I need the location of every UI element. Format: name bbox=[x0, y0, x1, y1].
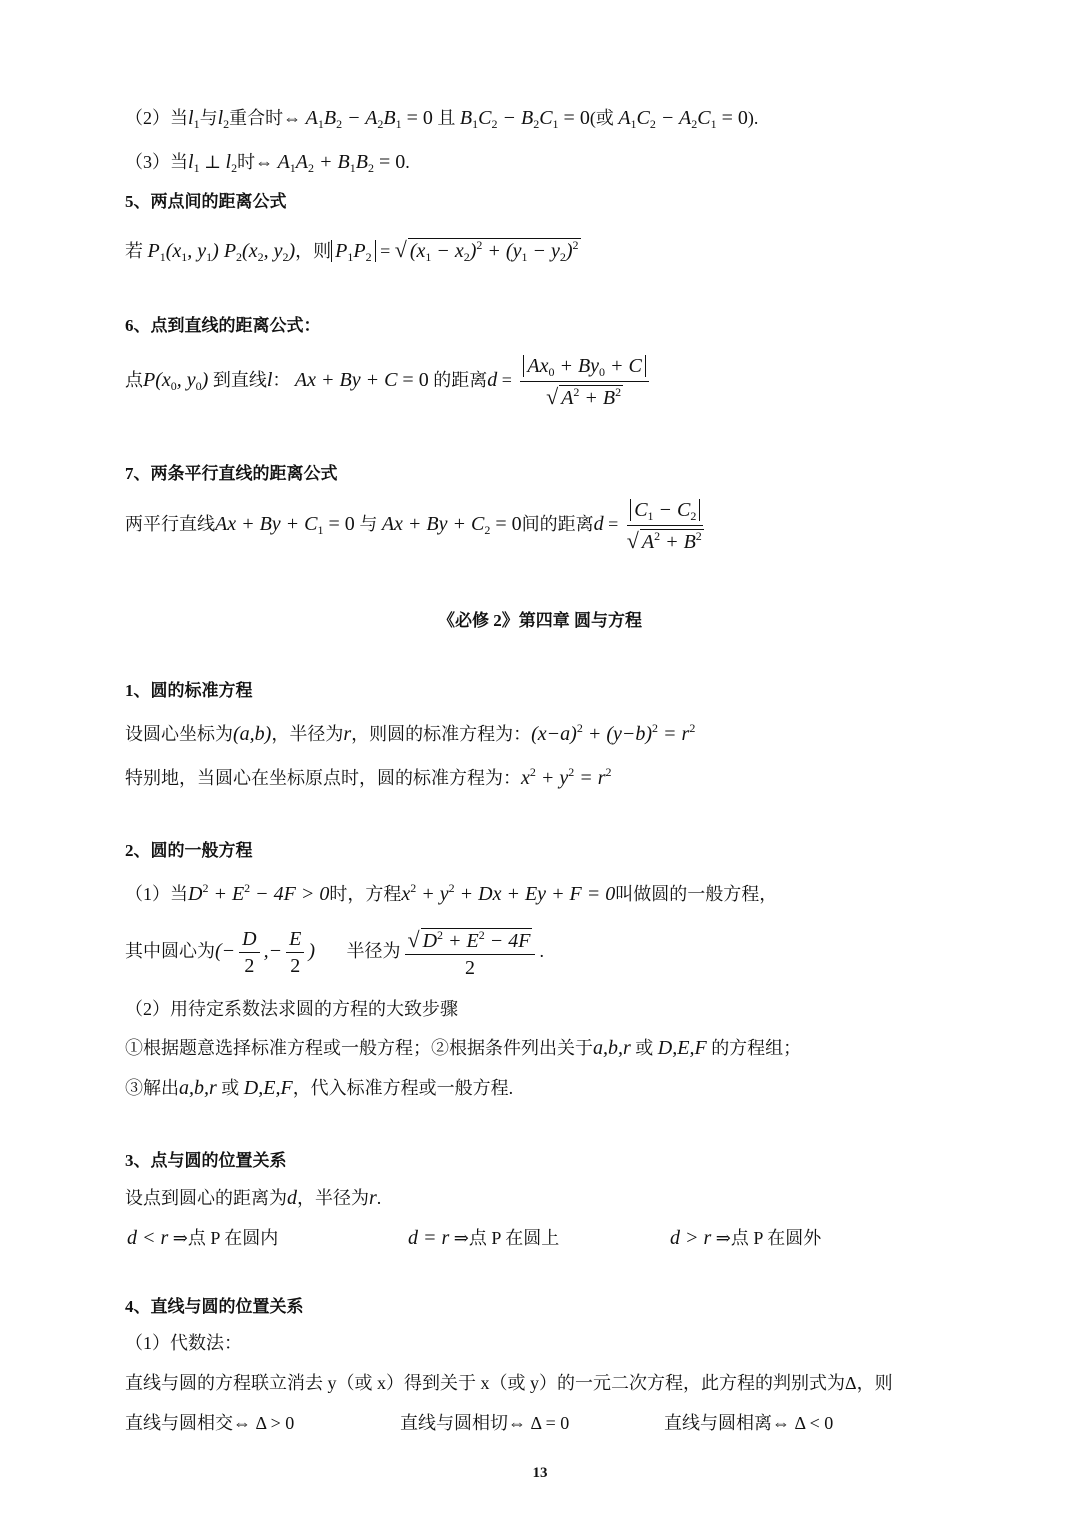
text: ①根据题意选择标准方程或一般方程；②根据条件列出关于 bbox=[125, 1038, 593, 1058]
text: 时，方程 bbox=[329, 884, 401, 904]
section-heading-5: 5、两点间的距离公式 bbox=[125, 193, 287, 210]
parallel-line-distance-formula: 两平行直线Ax + By + C1 = 0 与 Ax + By + C2 = 0… bbox=[125, 500, 708, 552]
text: ③解出 bbox=[125, 1078, 179, 1098]
text: （1）当 bbox=[125, 884, 188, 904]
standard-equation: 设圆心坐标为(a,b)，半径为r，则圆的标准方程为：(x−a)2 + (y−b)… bbox=[125, 722, 695, 744]
text: 两平行直线 bbox=[125, 514, 215, 534]
steps-3: ③解出a,b,r 或 D,E,F，代入标准方程或一般方程. bbox=[125, 1078, 513, 1098]
text: ，则 bbox=[295, 241, 331, 261]
text: ，则圆的标准方程为： bbox=[351, 724, 531, 744]
text: 的距离 bbox=[433, 370, 487, 390]
general-equation: （1）当D2 + E2 − 4F > 0时，方程x2 + y2 + Dx + E… bbox=[125, 882, 777, 904]
text: ⇒点 P 在圆外 bbox=[716, 1228, 821, 1248]
point-inside: d < r ⇒点 P 在圆内 bbox=[127, 1228, 278, 1248]
chapter-title: 《必修 2》第四章 圆与方程 bbox=[0, 612, 1080, 629]
point-line-distance-formula: 点P(x0, y0) 到直线l： Ax + By + C = 0 的距离d = … bbox=[125, 356, 653, 408]
point-circle-setup: 设点到圆心的距离为d，半径为r. bbox=[125, 1188, 381, 1208]
page-number: 13 bbox=[0, 1466, 1080, 1481]
point-outside: d > r ⇒点 P 在圆外 bbox=[670, 1228, 821, 1248]
algebraic-method: （1）代数法： bbox=[125, 1334, 242, 1352]
steps-1-2: ①根据题意选择标准方程或一般方程；②根据条件列出关于a,b,r 或 D,E,F … bbox=[125, 1038, 801, 1058]
text: 设圆心坐标为 bbox=[125, 724, 233, 744]
origin-standard-equation: 特别地，当圆心在坐标原点时，圆的标准方程为：x2 + y2 = r2 bbox=[125, 766, 612, 788]
section-heading-6: 6、点到直线的距离公式： bbox=[125, 317, 321, 334]
text: ： bbox=[272, 370, 290, 390]
text: 或 bbox=[635, 1038, 653, 1058]
line-intersect: 直线与圆相交⇔ Δ > 0 bbox=[125, 1414, 294, 1432]
circle-heading-2: 2、圆的一般方程 bbox=[125, 842, 253, 859]
text: 间的距离 bbox=[522, 514, 594, 534]
undetermined-coefficients-title: （2）用待定系数法求圆的方程的大致步骤 bbox=[125, 1000, 458, 1018]
text: 到直线 bbox=[213, 370, 267, 390]
condition-perpendicular: （3）当l1 ⊥ l2时⇔ A1A2 + B1B2 = 0. bbox=[125, 152, 410, 174]
text: 的方程组； bbox=[711, 1038, 801, 1058]
text: 点 bbox=[125, 370, 143, 390]
text: 其中圆心为 bbox=[125, 941, 215, 961]
text: ⇒点 P 在圆上 bbox=[454, 1228, 559, 1248]
text: 若 bbox=[125, 241, 143, 261]
text: 特别地，当圆心在坐标原点时，圆的标准方程为： bbox=[125, 768, 521, 788]
text: 或 bbox=[221, 1078, 239, 1098]
circle-heading-4: 4、直线与圆的位置关系 bbox=[125, 1298, 304, 1315]
text: ，半径为 bbox=[297, 1188, 369, 1208]
text: ⇒点 P 在圆内 bbox=[173, 1228, 278, 1248]
section-heading-7: 7、两条平行直线的距离公式 bbox=[125, 465, 338, 482]
text: 半径为 bbox=[347, 941, 401, 961]
condition-coincide: （2）当l1与l2重合时⇔ A1B2 − A2B1 = 0 且 B1C2 − B… bbox=[125, 108, 758, 130]
line-separate: 直线与圆相离⇔ Δ < 0 bbox=[664, 1414, 833, 1432]
text: ，代入标准方程或一般方程. bbox=[293, 1078, 514, 1098]
point-on: d = r ⇒点 P 在圆上 bbox=[408, 1228, 559, 1248]
text: ，半径为 bbox=[271, 724, 343, 744]
text: 叫做圆的一般方程， bbox=[615, 884, 777, 904]
circle-heading-3: 3、点与圆的位置关系 bbox=[125, 1152, 287, 1169]
two-point-distance-formula: 若 P1(x1, y1) P2(x2, y2)，则P1P2 = √(x1 − x… bbox=[125, 238, 581, 263]
text: 设点到圆心的距离为 bbox=[125, 1188, 287, 1208]
center-radius: 其中圆心为(−D2,−E2) 半径为√D2 + E2 − 4F2. bbox=[125, 928, 544, 978]
circle-heading-1: 1、圆的标准方程 bbox=[125, 682, 253, 699]
line-tangent: 直线与圆相切⇔ Δ = 0 bbox=[400, 1414, 569, 1432]
text: 与 bbox=[359, 514, 377, 534]
discriminant-description: 直线与圆的方程联立消去 y（或 x）得到关于 x（或 y）的一元二次方程，此方程… bbox=[125, 1374, 893, 1392]
